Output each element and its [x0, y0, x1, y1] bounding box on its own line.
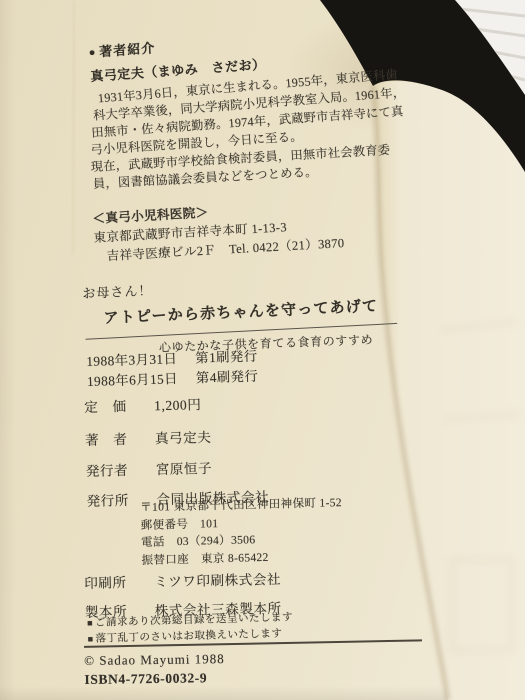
edition-printing: 第1刷発行 [195, 349, 258, 366]
colophon-section: 定 価 1,200円 著 者 真弓定夫 発行者 宮原恒子 発行所 合同出版株式会… [84, 392, 269, 510]
author-bio: 1931年3月6日，東京に生まれる。1955年，東京医科歯 科大学卒業後，同大学… [91, 66, 457, 193]
colophon-row-price: 定 価 1,200円 [84, 392, 267, 416]
notice-square-icon: ■ [87, 618, 93, 628]
colophon-value: 宮原恒子 [156, 461, 213, 477]
publisher-details: 〒101 東京都千代田区神田神保町 1-52 郵便番号 101 電話 03（29… [140, 494, 343, 569]
notice-square-icon: ■ [87, 633, 93, 643]
author-intro-heading-label: 著者紹介 [99, 40, 156, 59]
colophon-label: 発行所 [86, 489, 142, 510]
production-value: ミツワ印刷株式会社 [154, 572, 281, 590]
colophon-row-author: 著 者 真弓定夫 [85, 425, 268, 449]
page-crease [72, 0, 75, 255]
footer-section: © Sadao Mayumi 1988 ISBN4-7726-0032-9 [84, 640, 423, 688]
edition-date: 1988年6月15日 [87, 371, 178, 389]
colophon-label: 定 価 [84, 395, 140, 416]
edition-section: 1988年3月31日第1刷発行 1988年6月15日第4刷発行 [86, 347, 258, 392]
book-colophon-photo: ●著者紹介 真弓定夫（まゆみ さだお） 1931年3月6日，東京に生まれる。19… [0, 0, 525, 700]
book-title-section: お母さん！ アトピーから赤ちゃんを守ってあげて 心ゆたかな子供を育てる食育のすす… [82, 268, 415, 359]
bullet-icon: ● [88, 46, 96, 59]
production-row-printer: 印刷所 ミツワ印刷株式会社 [84, 568, 281, 592]
colophon-label: 著 者 [85, 428, 141, 449]
edition-date: 1988年3月31日 [86, 351, 177, 369]
production-label: 印刷所 [84, 571, 140, 592]
edition-printing: 第4刷発行 [196, 369, 259, 386]
colophon-label: 発行者 [86, 459, 142, 480]
colophon-value: 真弓定夫 [155, 430, 212, 446]
copyright-line: © Sadao Mayumi 1988 [84, 648, 422, 669]
colophon-value: 1,200円 [154, 397, 202, 413]
colophon-row-issuer: 発行者 宮原恒子 [86, 456, 269, 480]
author-intro-section: ●著者紹介 真弓定夫（まゆみ さだお） 1931年3月6日，東京に生まれる。19… [88, 17, 458, 193]
